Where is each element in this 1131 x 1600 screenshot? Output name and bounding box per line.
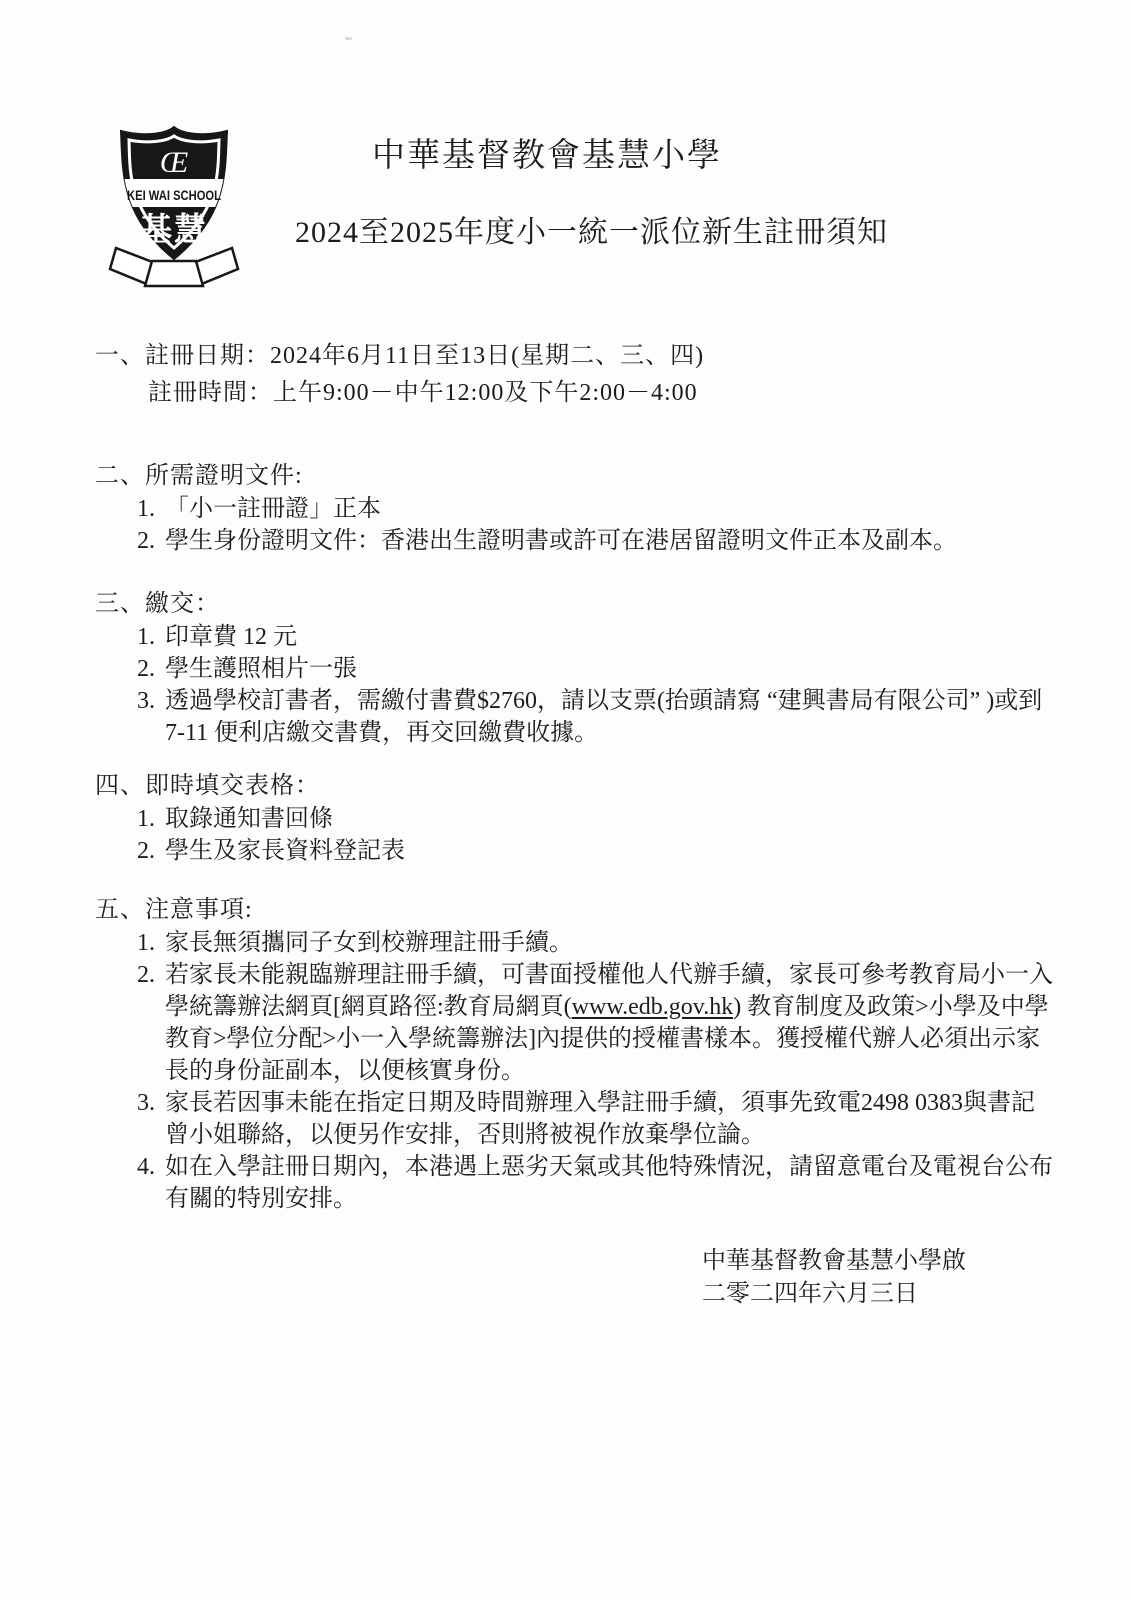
logo-banner-text: KEI WAI SCHOOL [127,187,221,203]
list-item: 2.若家長未能親臨辦理註冊手續，可書面授權他人代辦手續，家長可參考教育局小一入學… [95,959,1057,1087]
list-item: 2.學生身份證明文件：香港出生證明書或許可在港居留證明文件正本及副本。 [95,525,1057,557]
item-number: 2. [137,835,155,867]
item-number: 1. [137,927,155,959]
item-number: 4. [137,1151,155,1183]
item-text: 家長無須攜同子女到校辦理註冊手續。 [165,930,573,956]
logo-chinese-characters: 基慧 [140,211,208,247]
item-text: 取錄通知書回條 [165,806,333,832]
ccc-monogram: Œ [160,146,188,179]
item-text: 學生身份證明文件：香港出生證明書或許可在港居留證明文件正本及副本。 [165,528,957,554]
notice-section-3: 三、繳交：1.印章費 12 元2.學生護照相片一張3.透過學校訂書者，需繳付書費… [95,587,1095,749]
notice-section-2: 二、所需證明文件:1.「小一註冊證」正本2.學生身份證明文件：香港出生證明書或許… [95,459,1095,557]
section-heading: 四、即時填交表格： [95,769,1055,803]
item-text: 「小一註冊證」正本 [165,496,381,522]
list-item: 3.家長若因事未能在指定日期及時間辦理入學註冊手續，須事先致電2498 0383… [95,1087,1057,1151]
section-heading: 三、繳交： [95,587,1055,621]
section-heading: 一、註冊日期：2024年6月11日至13日(星期二、三、四) [95,339,1055,373]
item-text: 透過學校訂書者，需繳付書費$2760，請以支票(抬頭請寫 “建興書局有限公司” … [165,688,1042,746]
item-text: 印章費 12 元 [165,624,297,650]
item-number: 3. [137,685,155,717]
notice-section-1: 一、註冊日期：2024年6月11日至13日(星期二、三、四)註冊時間：上午9:0… [95,339,1095,410]
signature-school-line: 中華基督教會基慧小學啟 [702,1245,1095,1278]
signature-block: 中華基督教會基慧小學啟 二零二四年六月三日 [702,1245,1095,1311]
item-text: 學生及家長資料登記表 [165,838,405,864]
school-name: 中華基督教會基慧小學 [372,134,1131,178]
item-number: 2. [137,653,155,685]
list-item: 2.學生及家長資料登記表 [95,835,1057,867]
item-text: 如在入學註冊日期內，本港遇上惡劣天氣或其他特殊情況，請留意電台及電視台公布有關的… [165,1154,1053,1212]
list-item: 1.「小一註冊證」正本 [95,493,1057,525]
list-item: 3.透過學校訂書者，需繳付書費$2760，請以支票(抬頭請寫 “建興書局有限公司… [95,685,1057,749]
item-text: 若家長未能親臨辦理註冊手續，可書面授權他人代辦手續，家長可參考教育局小一入學統籌… [165,962,1053,1084]
school-crest-logo: Œ KEI WAI SCHOOL 基慧 [107,122,241,288]
section-heading: 五、注意事項: [95,893,1055,927]
item-number: 2. [137,525,155,557]
scan-artifact [345,37,352,40]
item-number: 1. [137,621,155,653]
sections-container: 一、註冊日期：2024年6月11日至13日(星期二、三、四)註冊時間：上午9:0… [95,339,1095,1215]
item-text: 學生護照相片一張 [165,656,357,682]
notice-section-5: 五、注意事項:1.家長無須攜同子女到校辦理註冊手續。2.若家長未能親臨辦理註冊手… [95,893,1095,1215]
item-number: 1. [137,803,155,835]
item-text: 家長若因事未能在指定日期及時間辦理入學註冊手續，須事先致電2498 0383與書… [165,1090,1035,1148]
list-item: 2.學生護照相片一張 [95,653,1057,685]
item-number: 3. [137,1087,155,1119]
page-title: 2024至2025年度小一統一派位新生註冊須知 [295,211,1131,255]
edb-url-text: www.edb.gov.hk [572,994,734,1020]
notice-section-4: 四、即時填交表格：1.取錄通知書回條2.學生及家長資料登記表 [95,769,1095,867]
list-item: 1.家長無須攜同子女到校辦理註冊手續。 [95,927,1057,959]
section-subline: 註冊時間：上午9:00－中午12:00及下午2:00－4:00 [95,376,1095,410]
scanned-notice-page: Œ KEI WAI SCHOOL 基慧 中華基督教會基慧小學 2024至2025… [0,0,1131,1600]
notice-body: 一、註冊日期：2024年6月11日至13日(星期二、三、四)註冊時間：上午9:0… [0,339,1131,1311]
list-item: 1.印章費 12 元 [95,621,1057,653]
list-item: 4.如在入學註冊日期內，本港遇上惡劣天氣或其他特殊情況，請留意電台及電視台公布有… [95,1151,1057,1215]
signature-date-line: 二零二四年六月三日 [702,1278,1095,1311]
section-heading: 二、所需證明文件: [95,459,1055,493]
item-number: 2. [137,959,155,991]
list-item: 1.取錄通知書回條 [95,803,1057,835]
item-number: 1. [137,493,155,525]
